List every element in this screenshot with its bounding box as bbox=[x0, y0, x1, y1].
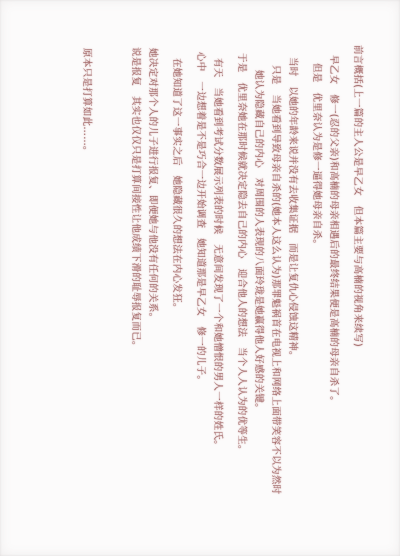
paragraph: 早乙女 修一(忍的父亲)和高楠的母亲相遇后的最终结果便是高楠的母亲自杀了。但是 … bbox=[308, 40, 342, 528]
rotated-text-block: 前言概括(上一篇的主人公是早乙女 但本篇主要与高楠的视角来续写)早乙女 修一(忍… bbox=[71, 40, 366, 528]
paragraph: 当时 以她的年龄来说并没有去收集证据 而是让复仇心侵蚀这精神。只是 当她看到导致… bbox=[233, 40, 301, 528]
text-line: 早乙女 修一(忍的父亲)和高楠的母亲相遇后的最终结果便是高楠的母亲自杀了。 bbox=[325, 40, 342, 528]
scanned-page: 前言概括(上一篇的主人公是早乙女 但本篇主要与高楠的视角来续写)早乙女 修一(忍… bbox=[0, 0, 400, 556]
text-line: 只是 当她看到导致母亲自杀的(她本人这么认为)那罪魁祸首在电视上和网络上面带笑容… bbox=[267, 40, 284, 528]
paragraph: 在她知道了这一事实之后 她隐藏很久的想法在内心发狂。 bbox=[168, 40, 185, 528]
text-line: 于是 优里奈她在那时候就决定隐去自己的内心 迎合他人的想法 当个人人认为的优等生… bbox=[233, 40, 250, 528]
text-line: 她决定对那个人的儿子进行报复、即便她与他没有任何的关系。 bbox=[144, 40, 161, 528]
text-line: 原本只是打算如此……。 bbox=[78, 40, 95, 528]
paragraph: 有天 当她看到考试分数展示列表的时候 无意间发现了一个和她憎恨的男人一样的姓氏。… bbox=[192, 40, 226, 528]
paragraph: 她决定对那个人的儿子进行报复、即便她与他没有任何的关系。说是报复 其实也仅仅只是… bbox=[127, 40, 161, 528]
text-line: 在她知道了这一事实之后 她隐藏很久的想法在内心发狂。 bbox=[168, 40, 185, 528]
text-line: 她认为隐藏自己的内心 对周围的人表现的八面玲珑是她赢得他人好感的关键。 bbox=[250, 40, 267, 528]
text-line: 有天 当她看到考试分数展示列表的时候 无意间发现了一个和她憎恨的男人一样的姓氏。 bbox=[209, 40, 226, 528]
text-line: 当时 以她的年龄来说并没有去收集证据 而是让复仇心侵蚀这精神。 bbox=[284, 40, 301, 528]
text-line: 心中 一边想着是不是巧合一边开始调查 她知道那是早乙女 修一的儿子。 bbox=[192, 40, 209, 528]
paragraph: 前言概括(上一篇的主人公是早乙女 但本篇主要与高楠的视角来续写) bbox=[349, 40, 366, 528]
paragraph: 原本只是打算如此……。 bbox=[78, 40, 95, 528]
text-line: 说是报复 其实也仅仅只是打算间接性让他成绩下滑的耻辱报复而已。 bbox=[127, 40, 144, 528]
text-line: 前言概括(上一篇的主人公是早乙女 但本篇主要与高楠的视角来续写) bbox=[349, 40, 366, 528]
text-line: 但是 优里奈认为是修一逼得她母亲自杀。 bbox=[308, 40, 325, 528]
